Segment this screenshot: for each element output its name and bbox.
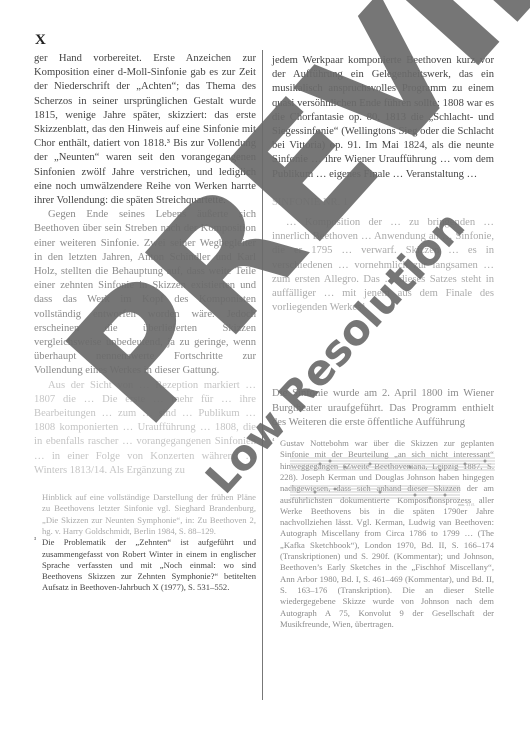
left-footnotes: Hinblick auf eine vollständige Darstellu… [34,492,256,594]
footnote-text: Hinblick auf eine vollständige Darstellu… [42,492,256,536]
right-column: jedem Werkpaar komponierte Beethoven kur… [272,54,494,630]
footnote-mark: ³ [34,535,36,546]
left-column: ger Hand vorbereitet. Erste Anzeichen zu… [34,52,256,594]
music-small-label: mm. 31 ff. [458,502,475,507]
music-notation-image: mm. 31 ff. [290,450,490,510]
page-number: X [35,32,46,49]
left-paragraph-3: Aus der Sicht von … Rezeption markiert …… [34,379,256,478]
music-example [272,315,494,387]
right-paragraph-2: … Komposition der … zu bringenden … inne… [272,216,494,315]
left-paragraph-1: ger Hand vorbereitet. Erste Anzeichen zu… [34,52,256,208]
right-paragraph-3: Die Sinfonie wurde am 2. April 1800 im W… [272,387,494,430]
section-heading: SINFONIE NR. 1 [272,196,494,210]
footnote-mark: ⁴ [272,436,274,447]
music-staff-icon: mm. 31 ff. [290,450,500,510]
column-divider [262,50,263,700]
document-page: X ger Hand vorbereitet. Erste Anzeichen … [0,0,530,750]
right-paragraph-1: jedem Werkpaar komponierte Beethoven kur… [272,54,494,182]
footnote-text: Die Problematik der „Zehnten“ ist aufgef… [42,537,256,592]
left-paragraph-2: Gegen Ende seines Lebens äußerte sich Be… [34,208,256,378]
footnote: ³ Die Problematik der „Zehnten“ ist aufg… [34,537,256,593]
footnote: Hinblick auf eine vollständige Darstellu… [34,492,256,537]
